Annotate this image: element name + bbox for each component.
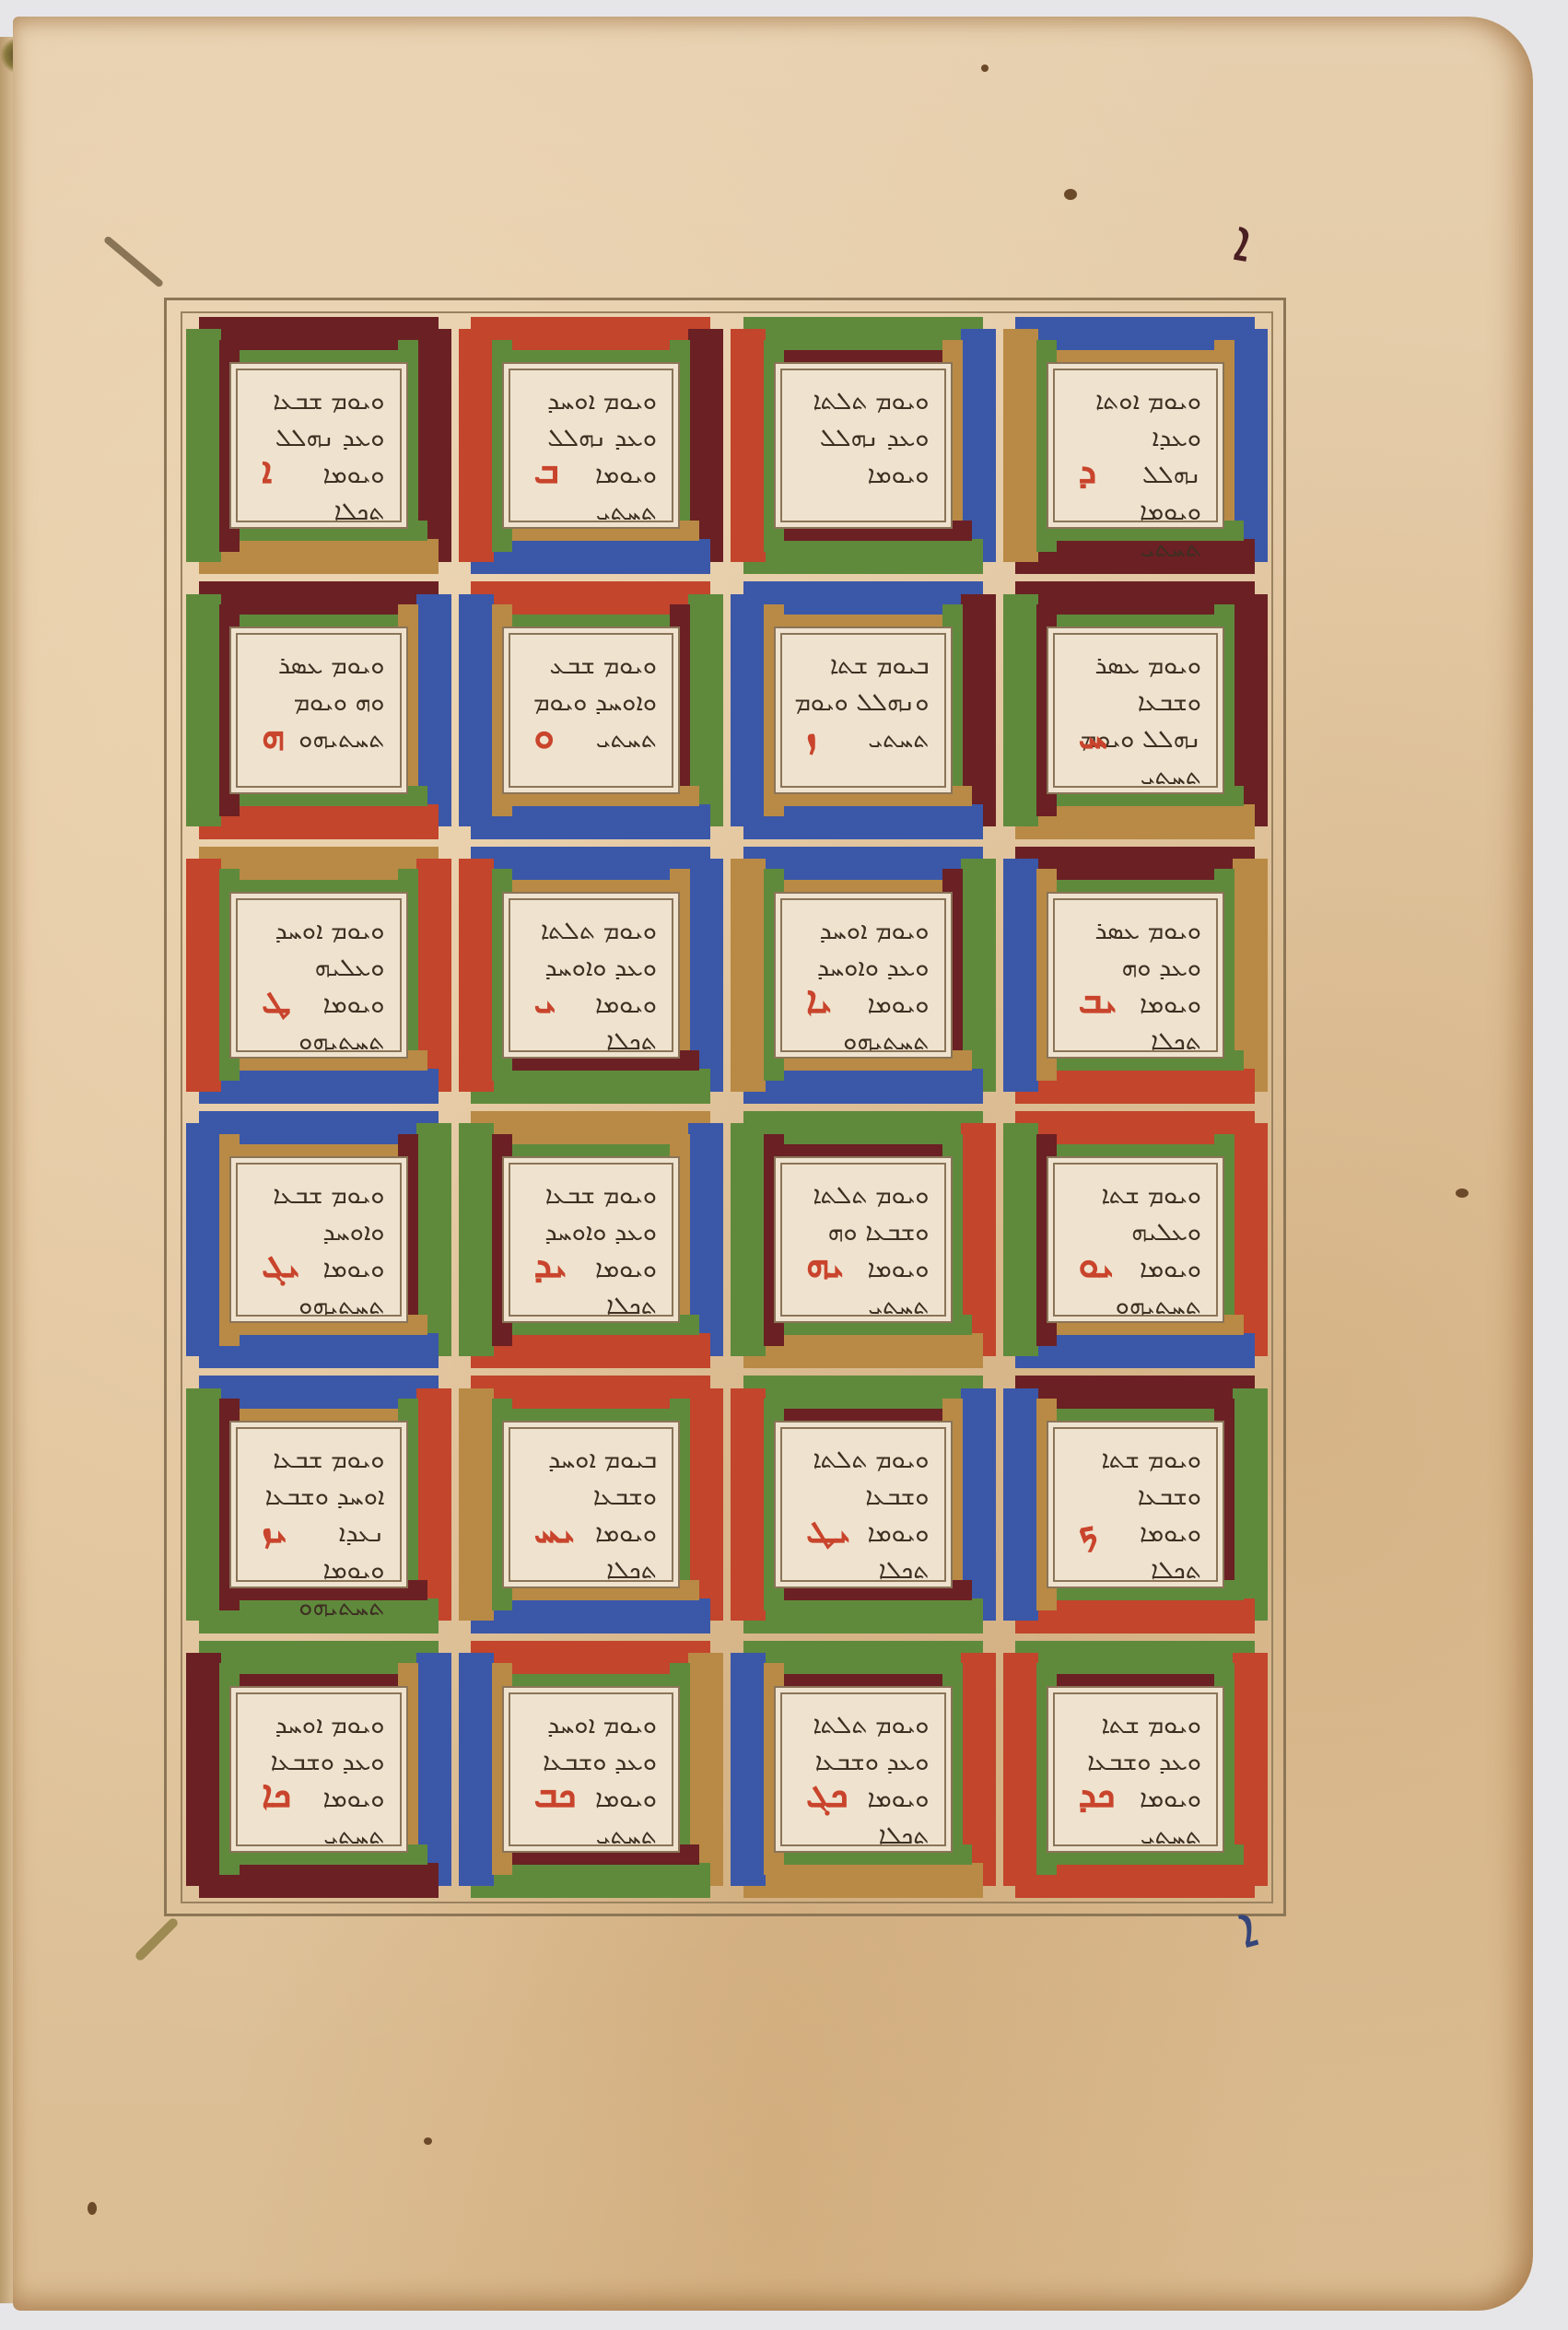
rubric-numeral: ܝܒ <box>1079 982 1117 1019</box>
stain-spot <box>424 2137 432 2145</box>
grid-cell: ܘܝܘܡ ܐܘܚܕܘܥܕ ܢܗܠܠܘܝܘܡܐܬܚܬܝܒ <box>455 313 728 578</box>
syriac-text-line: ܘܝܘܡ ܬܠܬܐ <box>793 383 930 420</box>
interlace-strip-left <box>459 594 494 827</box>
interlace-strip-inner-top <box>482 880 699 900</box>
interlace-strip-left <box>186 859 221 1092</box>
grid-cell: ܘܝܘܡ ܬܠܬܐܘܫܒܥܐܘܝܘܡܐܬܟܠܐܝܛ <box>727 1372 1000 1636</box>
grid-cell: ܘܝܘܡ ܬܠܬܐܘܫܒܥܐ ܘܗܘܝܘܡܐܬܚܬܝܝܗ <box>727 1107 1000 1372</box>
interlace-strip-inner-top <box>210 1674 427 1694</box>
syriac-text-line: ܘܝܘܡ ܬܠܬܐ <box>793 1177 930 1214</box>
text-panel: ܘܝܘܡ ܐܘܚܕܘܥܕ ܘܫܒܥܐܘܝܘܡܐܬܚܬܝܟܐ <box>236 1692 402 1846</box>
interlace-strip-inner-top <box>755 1144 972 1165</box>
grid-cell: ܘܝܘܡ ܐܘܚܕܘܥܕ ܘܫܒܥܐܘܝܘܡܐܬܚܬܝܟܐ <box>182 1637 455 1902</box>
grid-cell: ܘܝܘܡ ܬܠܬܐܘܥܕ ܘܫܒܥܐܘܝܘܡܐܬܟܠܐܟܓ <box>727 1637 1000 1902</box>
grid-cell: ܘܝܘܡ ܫܒܥܐܘܥܕ ܢܗܠܠܘܝܘܡܐܬܟܠܐܐ <box>182 313 455 578</box>
interlace-strip-inner-top <box>755 1674 972 1694</box>
grid-cell: ܘܝܘܡ ܥܣܪܘܫܒܥܐܢܗܠܠ ܘܝܘܡܬܚܬܝܚ <box>1000 578 1272 842</box>
grid-cell: ܘܝܘܡ ܫܬܐܘܫܒܥܐܘܝܘܡܐܬܟܠܐܟ <box>1000 1372 1272 1636</box>
text-panel: ܘܝܘܡ ܥܣܪܘܥܕ ܘܗܘܝܘܡܐܬܟܠܐܝܒ <box>1053 898 1219 1052</box>
text-panel: ܘܝܘܡ ܫܒܥܐܘܥܕ ܢܗܠܠܘܝܘܡܐܬܟܠܐܐ <box>236 369 402 522</box>
syriac-text-line: ܬܟܠܐ <box>521 1024 658 1060</box>
grid-cell: ܘܝܘܡ ܬܠܬܐܘܥܕ ܢܗܠܠܘܝܘܡܐ <box>727 313 1000 578</box>
text-panel: ܒܝܘܡ ܐܘܚܕܘܫܒܥܐܘܝܘܡܐܬܟܠܐܝܚ <box>509 1427 674 1581</box>
interlace-strip-left <box>186 1123 221 1356</box>
syriac-text-line: ܘܝܘܡ ܫܒܥܐ <box>249 1442 385 1479</box>
rubric-numeral: ܟܒ <box>534 1776 577 1813</box>
grid-cell: ܒܝܘܡ ܐܘܚܕܘܫܒܥܐܘܝܘܡܐܬܟܠܐܝܚ <box>455 1372 728 1636</box>
text-panel: ܘܝܘܡ ܫܒܥܐܘܥܕ ܘܐܘܚܕܘܝܘܡܐܬܟܠܐܝܕ <box>509 1163 674 1317</box>
syriac-text-line: ܘܝܘܡ ܫܬܐ <box>1066 1177 1202 1214</box>
grid-cell: ܘܝܘܡ ܫܬܐܘܥܕ ܘܫܒܥܐܘܝܘܡܐܬܚܬܝܟܕ <box>1000 1637 1272 1902</box>
syriac-text-line: ܘܝܘܡܐ <box>793 457 930 494</box>
syriac-text-line: ܒܝܘܡ ܐܘܚܕ <box>521 1442 658 1479</box>
grid-cell: ܘܝܘܡ ܫܒܥܐܐܘܚܕ ܘܫܒܥܐܢܥܕܐܘܝܘܡܐܬܚܬܝܗܘܝܙ <box>182 1372 455 1636</box>
rubric-numeral: ܟܕ <box>1079 1776 1116 1813</box>
interlace-strip-inner-top <box>210 350 427 370</box>
rubric-numeral: ܘ <box>534 718 555 755</box>
interlace-strip-left <box>731 1388 766 1622</box>
grid-cell: ܘܝܘܡ ܥܣܪܘܥܕ ܘܗܘܝܘܡܐܬܟܠܐܝܒ <box>1000 843 1272 1107</box>
text-panel: ܘܝܘܡ ܫܬܐܘܥܕ ܘܫܒܥܐܘܝܘܡܐܬܚܬܝܟܕ <box>1053 1692 1219 1846</box>
interlace-strip-left <box>1003 1123 1038 1356</box>
interlace-strip-left <box>1003 1388 1038 1622</box>
stain-spot <box>88 2202 97 2215</box>
interlace-strip-left <box>186 594 221 827</box>
grid-cell: ܒܝܘܡ ܫܬܐܘܢܗܠܠ ܘܝܘܡܬܚܬܝܙ <box>727 578 1000 842</box>
interlace-strip-left <box>459 859 494 1092</box>
interlace-strip-left <box>186 1388 221 1622</box>
interlace-strip-left <box>1003 594 1038 827</box>
syriac-text-line: ܬܚܬܝ <box>1066 531 1202 568</box>
interlace-strip-inner-bottom <box>755 786 972 806</box>
interlace-strip-inner-top <box>482 615 699 635</box>
interlace-strip-inner-top <box>1026 1409 1244 1429</box>
syriac-text-line: ܬܚܬܝܗܘ <box>1066 1288 1202 1325</box>
rubric-numeral: ܟ <box>1079 1512 1098 1549</box>
interlace-strip-inner-top <box>210 1409 427 1429</box>
interlace-strip-inner-top <box>1026 880 1244 900</box>
interlace-strip-inner-top <box>210 880 427 900</box>
syriac-text-line: ܘܝܘܡ ܐܘܚܕ <box>249 913 385 950</box>
stain-spot <box>1064 189 1077 200</box>
text-panel: ܘܝܘܡ ܐܘܚܕܘܥܕ ܢܗܠܠܘܝܘܡܐܬܚܬܝܒ <box>509 369 674 522</box>
interlace-strip-left <box>731 1123 766 1356</box>
syriac-text-line: ܘܝܘܡ ܫܒܥ <box>521 648 658 685</box>
syriac-text-line: ܘܝܘܡ ܫܬܐ <box>1066 1707 1202 1744</box>
syriac-text-line: ܬܟܠܐ <box>249 494 385 531</box>
rubric-numeral: ܛ <box>262 982 291 1019</box>
syriac-text-line: ܘܝܘܡܐ <box>1066 494 1202 531</box>
syriac-text-line: ܘܝܘܡ ܫܒܥܐ <box>521 1177 658 1214</box>
interlace-strip-inner-top <box>210 615 427 635</box>
syriac-text-line: ܬܚܬܝܗܘ <box>793 1024 930 1060</box>
syriac-text-line: ܬܟܠܐ <box>1066 1552 1202 1589</box>
syriac-text-line: ܘܝܘܡ ܐܘܚܕ <box>521 1707 658 1744</box>
syriac-text-line: ܬܚܬܝܗܘ <box>249 1589 385 1626</box>
grid-cell: ܘܝܘܡ ܐܘܚܕܘܥܕ ܘܫܒܥܐܘܝܘܡܐܬܚܬܝܟܒ <box>455 1637 728 1902</box>
syriac-text-line: ܬܚܬܝ <box>1066 758 1202 795</box>
rubric-numeral: ܒ <box>534 452 559 489</box>
grid-cell: ܘܝܘܡ ܫܒܥܘܐܘܚܕ ܘܝܘܡܬܚܬܝܘ <box>455 578 728 842</box>
interlace-strip-left <box>186 1653 221 1886</box>
rubric-numeral: ܕ <box>1079 452 1097 489</box>
interlace-strip-left <box>731 1653 766 1886</box>
syriac-text-line: ܘܝܘܡ ܫܬܐ <box>1066 1442 1202 1479</box>
text-panel: ܘܝܘܡ ܫܒܥܐܐܘܚܕ ܘܫܒܥܐܢܥܕܐܘܝܘܡܐܬܚܬܝܗܘܝܙ <box>236 1427 402 1581</box>
text-panel: ܘܝܘܡ ܫܬܐܘܥܠܝܗܘܝܘܡܐܬܚܬܝܗܘܝܘ <box>1053 1163 1219 1317</box>
syriac-text-line: ܘܝܘܡ ܬܠܬܐ <box>793 1707 930 1744</box>
grid-cell: ܘܝܘܡ ܫܒܥܐܘܥܕ ܘܐܘܚܕܘܝܘܡܐܬܟܠܐܝܕ <box>455 1107 728 1372</box>
syriac-text-line: ܘܝܘܡ ܬܠܬܐ <box>793 1442 930 1479</box>
stain-spot <box>1456 1188 1469 1198</box>
grid-cell: ܘܝܘܡ ܐܘܬܐܘܥܕܐܢܗܠܠܘܝܘܡܐܬܚܬܝܕ <box>1000 313 1272 578</box>
rubric-numeral: ܝܕ <box>534 1247 568 1283</box>
syriac-text-line: ܘܝܘܡ ܐܘܬܐ <box>1066 383 1202 420</box>
interlace-strip-inner-top <box>755 1409 972 1429</box>
interlace-strip-inner-top <box>482 1144 699 1165</box>
rubric-numeral: ܝܓ <box>262 1247 299 1283</box>
interlace-strip-inner-bottom <box>755 521 972 541</box>
grid-cell: ܘܝܘܡ ܫܬܐܘܥܠܝܗܘܝܘܡܐܬܚܬܝܗܘܝܘ <box>1000 1107 1272 1372</box>
grid-cell: ܘܝܘܡ ܥܣܪܘܗ ܘܝܘܡܬܚܬܝܗܘܗ <box>182 578 455 842</box>
syriac-text-line: ܬܚܬܝ <box>1066 1818 1202 1855</box>
syriac-text-line: ܬܟܠܐ <box>793 1552 930 1589</box>
grid-cell: ܘܝܘܡ ܐܘܚܕܘܥܠܝܗܘܝܘܡܐܬܚܬܝܗܘܛ <box>182 843 455 1107</box>
interlace-strip-inner-top <box>1026 1674 1244 1694</box>
rubric-numeral: ܝܚ <box>534 1512 575 1549</box>
rubric-numeral: ܝܐ <box>806 982 832 1019</box>
syriac-text-line: ܘܝܘܡ ܥܣܪ <box>1066 913 1202 950</box>
table-grid: ܘܝܘܡ ܫܒܥܐܘܥܕ ܢܗܠܠܘܝܘܡܐܬܟܠܐܐܘܝܘܡ ܐܘܚܕܘܥܕ … <box>182 313 1271 1902</box>
text-panel: ܘܝܘܡ ܐܘܚܕܘܥܠܝܗܘܝܘܡܐܬܚܬܝܗܘܛ <box>236 898 402 1052</box>
interlace-strip-left <box>1003 329 1038 562</box>
text-panel: ܘܝܘܡ ܐܘܚܕܘܥܕ ܘܫܒܥܐܘܝܘܡܐܬܚܬܝܟܒ <box>509 1692 674 1846</box>
rubric-numeral: ܟܐ <box>262 1776 291 1813</box>
text-panel: ܘܝܘܡ ܥܣܪܘܫܒܥܐܢܗܠܠ ܘܝܘܡܬܚܬܝܚ <box>1053 633 1219 787</box>
rubric-numeral: ܝܗ <box>806 1247 844 1283</box>
syriac-text-line: ܬܚܬܝ <box>249 1818 385 1855</box>
interlace-strip-inner-top <box>482 350 699 370</box>
text-panel: ܘܝܘܡ ܬܠܬܐܘܫܒܥܐܘܝܘܡܐܬܟܠܐܝܛ <box>780 1427 946 1581</box>
rubric-numeral: ܗ <box>262 718 285 755</box>
grid-cell: ܘܝܘܡ ܫܒܥܐܘܐܘܚܕܘܝܘܡܐܬܚܬܝܗܘܝܓ <box>182 1107 455 1372</box>
text-panel: ܘܝܘܡ ܐܘܬܐܘܥܕܐܢܗܠܠܘܝܘܡܐܬܚܬܝܕ <box>1053 369 1219 522</box>
syriac-text-line: ܬܚܬܝ <box>521 1818 658 1855</box>
text-panel: ܘܝܘܡ ܬܠܬܐܘܥܕ ܘܐܘܚܕܘܝܘܡܐܬܟܠܐܝ <box>509 898 674 1052</box>
syriac-text-line: ܘܝܘܡ ܐܘܚܕ <box>793 913 930 950</box>
interlace-strip-inner-top <box>482 1409 699 1429</box>
text-panel: ܘܝܘܡ ܫܬܐܘܫܒܥܐܘܝܘܡܐܬܟܠܐܟ <box>1053 1427 1219 1581</box>
interlace-strip-left <box>459 1388 494 1622</box>
text-panel: ܘܝܘܡ ܬܠܬܐܘܥܕ ܢܗܠܠܘܝܘܡܐ <box>780 369 946 522</box>
rubric-numeral: ܝ <box>534 982 556 1019</box>
interlace-strip-left <box>459 1653 494 1886</box>
grid-cell: ܘܝܘܡ ܬܠܬܐܘܥܕ ܘܐܘܚܕܘܝܘܡܐܬܟܠܐܝ <box>455 843 728 1107</box>
grid-cell: ܘܝܘܡ ܐܘܚܕܘܥܕ ܘܐܘܚܕܘܝܘܡܐܬܚܬܝܗܘܝܐ <box>727 843 1000 1107</box>
interlace-strip-inner-top <box>755 615 972 635</box>
text-panel: ܘܝܘܡ ܬܠܬܐܘܫܒܥܐ ܘܗܘܝܘܡܐܬܚܬܝܝܗ <box>780 1163 946 1317</box>
interlace-strip-inner-top <box>1026 350 1244 370</box>
interlace-strip-left <box>731 859 766 1092</box>
interlace-strip-inner-top <box>210 1144 427 1165</box>
text-panel: ܘܝܘܡ ܬܠܬܐܘܥܕ ܘܫܒܥܐܘܝܘܡܐܬܟܠܐܟܓ <box>780 1692 946 1846</box>
syriac-text-line: ܘܝܘܡ ܥܣܪ <box>249 648 385 685</box>
interlace-strip-inner-top <box>755 350 972 370</box>
rubric-numeral: ܐ <box>262 452 272 489</box>
syriac-text-line: ܘܝܘܡ ܬܠܬܐ <box>521 913 658 950</box>
text-panel: ܘܝܘܡ ܥܣܪܘܗ ܘܝܘܡܬܚܬܝܗܘܗ <box>236 633 402 787</box>
interlace-strip-inner-bottom <box>210 786 427 806</box>
syriac-text-line: ܬܚܬܝ <box>521 494 658 531</box>
rubric-numeral: ܝܛ <box>806 1512 850 1549</box>
interlace-strip-left <box>731 594 766 827</box>
interlace-strip-inner-top <box>1026 615 1244 635</box>
interlace-strip-left <box>1003 859 1038 1092</box>
syriac-text-line: ܘܝܘܡ ܫܒܥܐ <box>249 1177 385 1214</box>
interlace-strip-inner-top <box>482 1674 699 1694</box>
syriac-text-line: ܬܚܬܝܗܘ <box>249 1024 385 1060</box>
rubric-numeral: ܟܓ <box>806 1776 848 1813</box>
syriac-text-line: ܘܝܘܡ ܫܒܥܐ <box>249 383 385 420</box>
rubric-numeral: ܝܘ <box>1079 1247 1114 1283</box>
interlace-strip-inner-top <box>755 880 972 900</box>
rubric-numeral: ܙ <box>806 718 817 755</box>
syriac-text-line: ܬܟܠܐ <box>521 1552 658 1589</box>
syriac-text-line: ܘܝܘܡܐ <box>249 1552 385 1589</box>
rubric-numeral: ܚ <box>1079 718 1107 755</box>
syriac-text-line: ܘܝܘܡ ܐܘܚܕ <box>249 1707 385 1744</box>
syriac-text-line: ܘܝܘܡ ܥܣܪ <box>1066 648 1202 685</box>
syriac-text-line: ܬܟܠܐ <box>521 1288 658 1325</box>
interlace-strip-inner-top <box>1026 1144 1244 1165</box>
interlace-strip-left <box>1003 1653 1038 1886</box>
interlace-strip-left <box>459 1123 494 1356</box>
syriac-text-line: ܒܝܘܡ ܫܬܐ <box>793 648 930 685</box>
syriac-text-line: ܬܟܠܐ <box>1066 1024 1202 1060</box>
stain-spot <box>981 64 989 72</box>
interlace-strip-left <box>186 329 221 562</box>
syriac-text-line: ܬܚܬܝܗܘ <box>249 1288 385 1325</box>
syriac-text-line: ܘܥܕ ܢܗܠܠ <box>793 420 930 457</box>
syriac-text-line: ܬܚܬܝ <box>793 1288 930 1325</box>
text-panel: ܒܝܘܡ ܫܬܐܘܢܗܠܠ ܘܝܘܡܬܚܬܝܙ <box>780 633 946 787</box>
text-panel: ܘܝܘܡ ܐܘܚܕܘܥܕ ܘܐܘܚܕܘܝܘܡܐܬܚܬܝܗܘܝܐ <box>780 898 946 1052</box>
syriac-text-line: ܬܟܠܐ <box>793 1818 930 1855</box>
rubric-numeral: ܝܙ <box>262 1512 287 1549</box>
interlace-strip-inner-bottom <box>482 786 699 806</box>
text-panel: ܘܝܘܡ ܫܒܥܘܐܘܚܕ ܘܝܘܡܬܚܬܝܘ <box>509 633 674 787</box>
syriac-text-line: ܘܝܘܡ ܐܘܚܕ <box>521 383 658 420</box>
text-panel: ܘܝܘܡ ܫܒܥܐܘܐܘܚܕܘܝܘܡܐܬܚܬܝܗܘܝܓ <box>236 1163 402 1317</box>
interlace-strip-left <box>731 329 766 562</box>
interlace-strip-left <box>459 329 494 562</box>
